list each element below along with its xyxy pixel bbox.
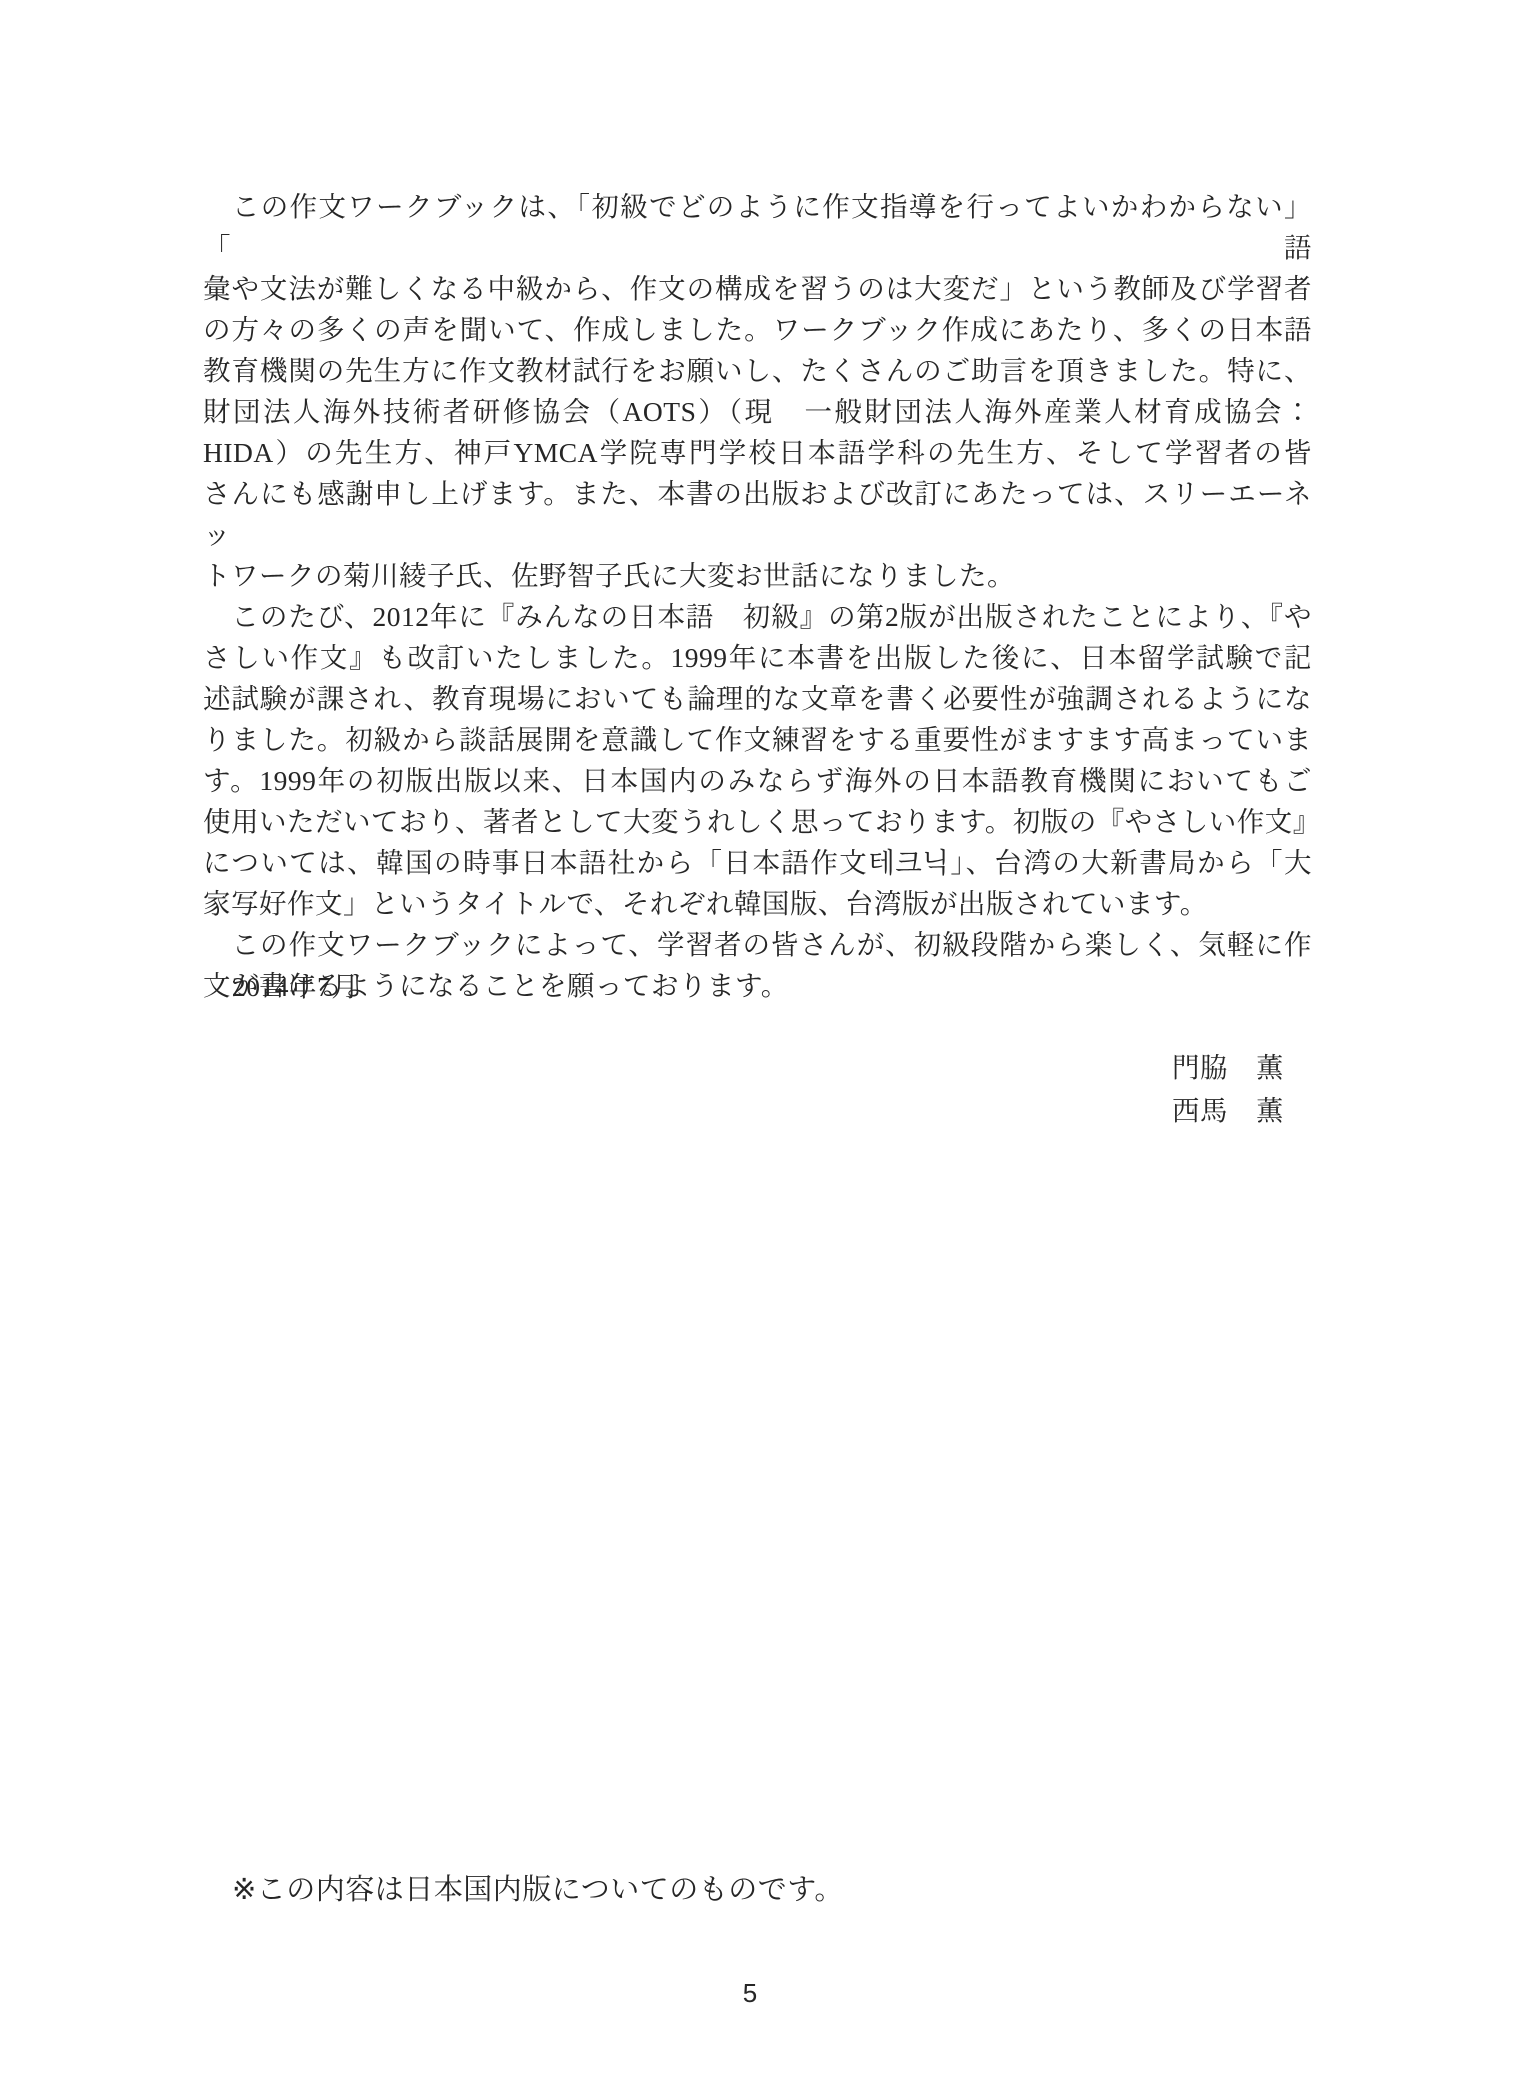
body-line: このたび、2012年に『みんなの日本語 初級』の第2版が出版されたことにより、『… — [203, 596, 1312, 637]
body-line: りました。初級から談話展開を意識して作文練習をする重要性がますます高まっていま — [203, 719, 1312, 760]
body-line: 使用いただいており、著者として大変うれしく思っております。初版の『やさしい作文』 — [203, 801, 1312, 842]
body-line: 彙や文法が難しくなる中級から、作文の構成を習うのは大変だ」という教師及び学習者 — [203, 268, 1312, 309]
body-line: この作文ワークブックによって、学習者の皆さんが、初級段階から楽しく、気軽に作 — [203, 924, 1312, 965]
body-line: 教育機関の先生方に作文教材試行をお願いし、たくさんのご助言を頂きました。特に、 — [203, 350, 1312, 391]
body-line: 述試験が課され、教育現場においても論理的な文章を書く必要性が強調されるようにな — [203, 678, 1312, 719]
body-line: 文が書けるようになることを願っております。 — [203, 965, 1312, 1006]
body-line: トワークの菊川綾子氏、佐野智子氏に大変お世話になりました。 — [203, 555, 1312, 596]
body-line: の方々の多くの声を聞いて、作成しました。ワークブック作成にあたり、多くの日本語 — [203, 309, 1312, 350]
document-page: この作文ワークブックは、「初級でどのように作文指導を行ってよいかわからない」「語… — [0, 0, 1520, 2095]
body-line: す。1999年の初版出版以来、日本国内のみならず海外の日本語教育機関においてもご — [203, 760, 1312, 801]
body-line: さんにも感謝申し上げます。また、本書の出版および改訂にあたっては、スリーエーネッ — [203, 473, 1312, 555]
author-name: 門脇 薫 — [900, 1046, 1284, 1089]
page-number: 5 — [700, 1978, 800, 2008]
author-names: 門脇 薫西馬 薫 — [900, 1046, 1284, 1132]
body-line: この作文ワークブックは、「初級でどのように作文指導を行ってよいかわからない」「語 — [203, 186, 1312, 268]
body-line: 家写好作文」というタイトルで、それぞれ韓国版、台湾版が出版されています。 — [203, 883, 1312, 924]
preface-body-text: この作文ワークブックは、「初級でどのように作文指導を行ってよいかわからない」「語… — [203, 186, 1312, 1006]
body-line: 財団法人海外技術者研修協会（AOTS）（現 一般財団法人海外産業人材育成協会： — [203, 391, 1312, 432]
date-line: 2014年7月 — [232, 966, 359, 1007]
author-name: 西馬 薫 — [900, 1089, 1284, 1132]
body-line: については、韓国の時事日本語社から「日本語作文테크닉」、台湾の大新書局から「大 — [203, 842, 1312, 883]
body-line: HIDA）の先生方、神戸YMCA学院専門学校日本語学科の先生方、そして学習者の皆 — [203, 432, 1312, 473]
footnote: ※この内容は日本国内版についてのものです。 — [232, 1870, 844, 1911]
body-line: さしい作文』も改訂いたしました。1999年に本書を出版した後に、日本留学試験で記 — [203, 637, 1312, 678]
